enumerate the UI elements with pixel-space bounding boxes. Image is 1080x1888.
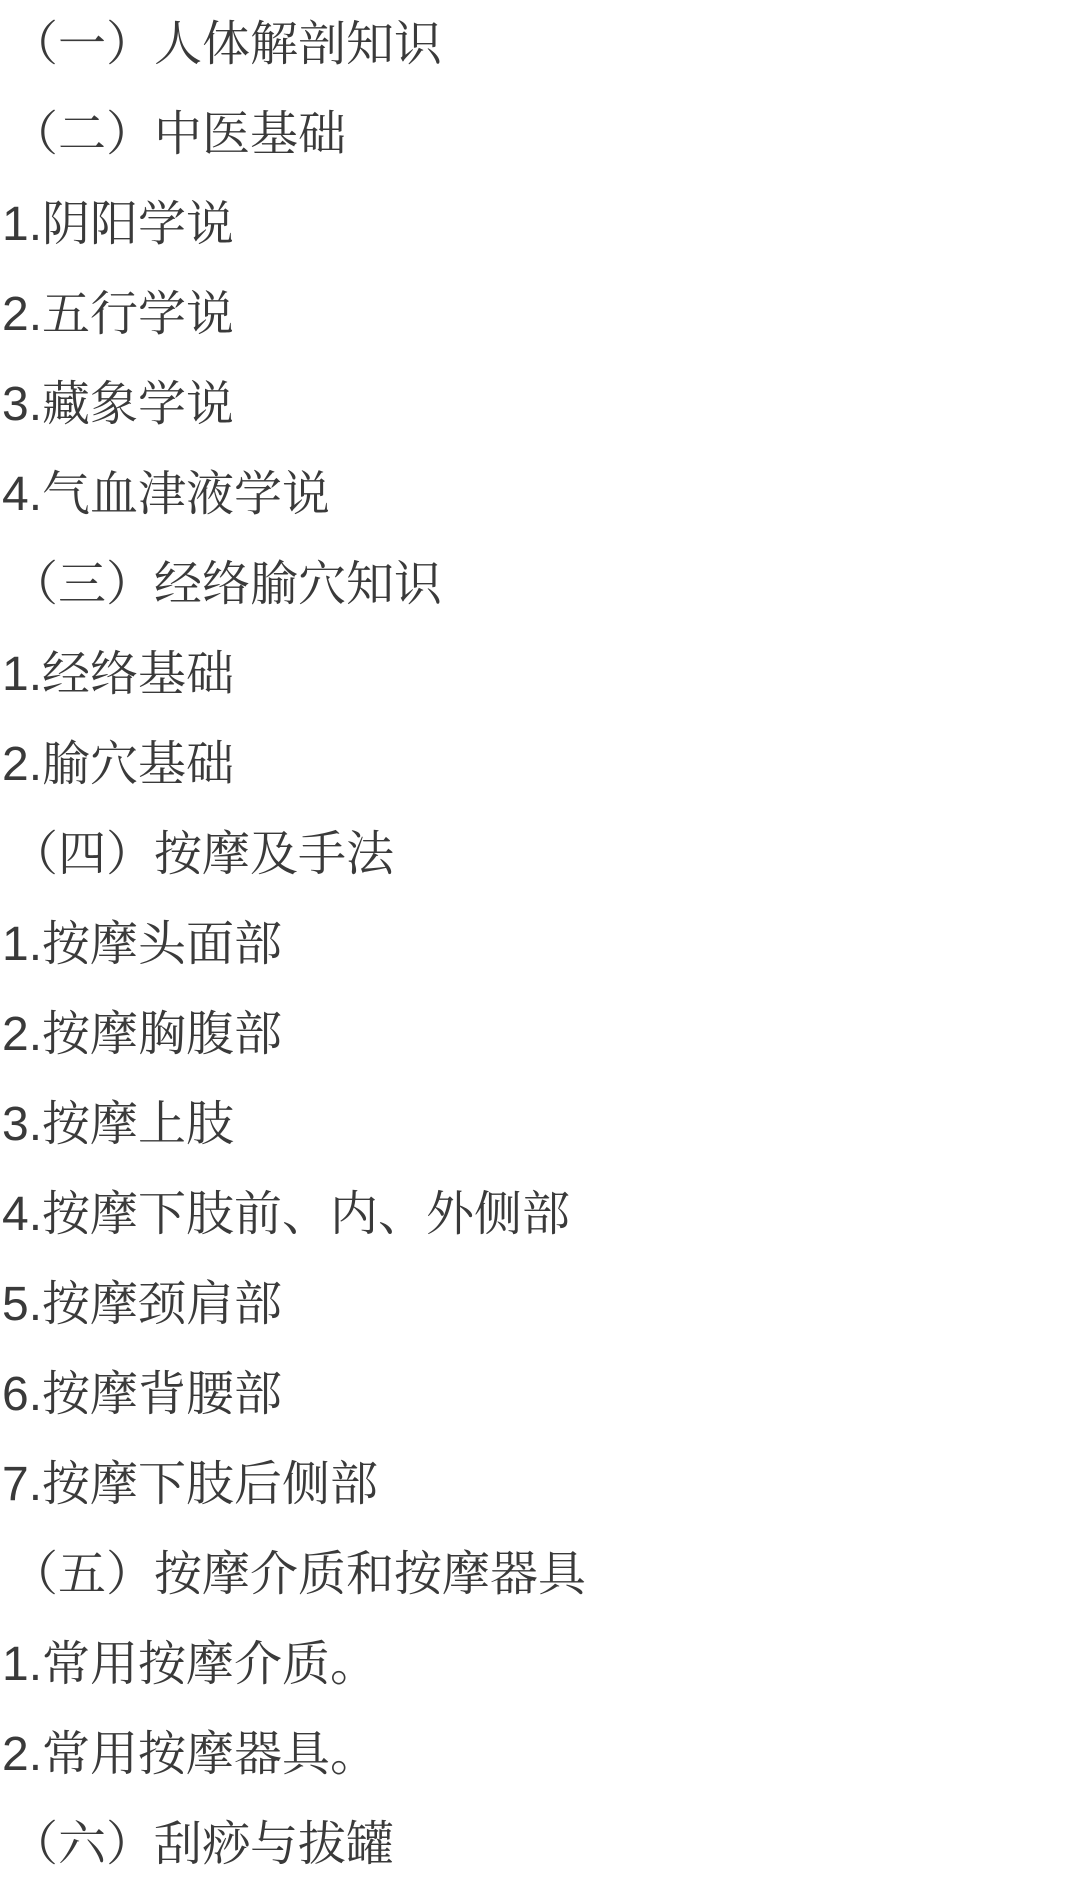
document-body: （一）人体解剖知识 （二）中医基础 1.阴阳学说 2.五行学说 3.藏象学说 4… bbox=[0, 0, 1080, 1888]
section-heading: （一）人体解剖知识 bbox=[0, 0, 1080, 90]
outline-item: 7.按摩下肢后侧部 bbox=[0, 1440, 1080, 1530]
outline-item: 4.气血津液学说 bbox=[0, 450, 1080, 540]
outline-item: 2.按摩胸腹部 bbox=[0, 990, 1080, 1080]
outline-item: 1.按摩头面部 bbox=[0, 900, 1080, 990]
outline-item: 6.按摩背腰部 bbox=[0, 1350, 1080, 1440]
section-heading: （二）中医基础 bbox=[0, 90, 1080, 180]
outline-item: 3.藏象学说 bbox=[0, 360, 1080, 450]
outline-item: 4.按摩下肢前、内、外侧部 bbox=[0, 1170, 1080, 1260]
outline-item: 1.经络基础 bbox=[0, 630, 1080, 720]
outline-item: 1.常用按摩介质。 bbox=[0, 1620, 1080, 1710]
outline-item: 3.按摩上肢 bbox=[0, 1080, 1080, 1170]
section-heading: （六）刮痧与拔罐 bbox=[0, 1800, 1080, 1888]
outline-item: 5.按摩颈肩部 bbox=[0, 1260, 1080, 1350]
outline-item: 2.腧穴基础 bbox=[0, 720, 1080, 810]
section-heading: （四）按摩及手法 bbox=[0, 810, 1080, 900]
section-heading: （三）经络腧穴知识 bbox=[0, 540, 1080, 630]
section-heading: （五）按摩介质和按摩器具 bbox=[0, 1530, 1080, 1620]
outline-item: 1.阴阳学说 bbox=[0, 180, 1080, 270]
outline-item: 2.常用按摩器具。 bbox=[0, 1710, 1080, 1800]
outline-item: 2.五行学说 bbox=[0, 270, 1080, 360]
